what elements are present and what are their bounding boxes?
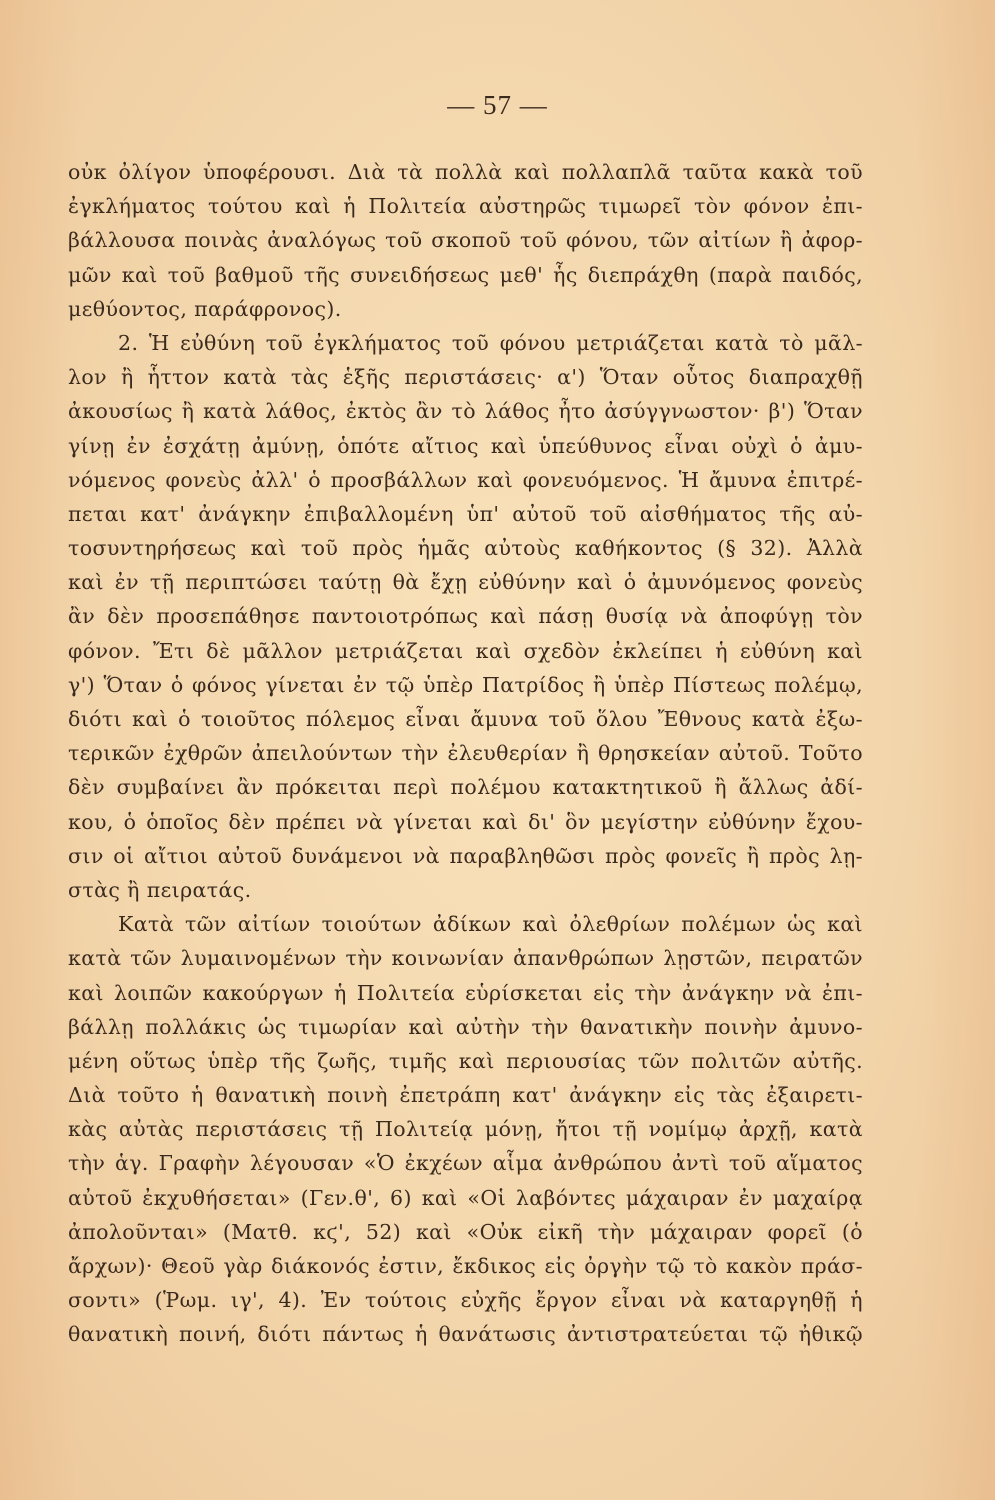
text-line: μῶν καὶ τοῦ βαθμοῦ τῆς συνειδήσεως μεθ' … bbox=[68, 258, 863, 292]
text-line: στὰς ἢ πειρατάς. bbox=[68, 873, 863, 907]
body-text: οὐκ ὀλίγον ὑποφέρουσι. Διὰ τὰ πολλὰ καὶ … bbox=[68, 155, 863, 1352]
text-line: οὐκ ὀλίγον ὑποφέρουσι. Διὰ τὰ πολλὰ καὶ … bbox=[68, 155, 863, 189]
scanned-book-page: — 57 — οὐκ ὀλίγον ὑποφέρουσι. Διὰ τὰ πολ… bbox=[0, 0, 995, 1500]
text-line: σοντι» (Ῥωμ. ιγ', 4). Ἐν τούτοις εὐχῆς ἔ… bbox=[68, 1283, 863, 1317]
text-line: φόνον. Ἔτι δὲ μᾶλλον μετριάζεται καὶ σχε… bbox=[68, 634, 863, 668]
text-line: σιν οἱ αἴτιοι αὐτοῦ δυνάμενοι νὰ παραβλη… bbox=[68, 839, 863, 873]
paragraph-start-line: Κατὰ τῶν αἰτίων τοιούτων ἀδίκων καὶ ὀλεθ… bbox=[68, 907, 863, 941]
text-line: κατὰ τῶν λυμαινομένων τὴν κοινωνίαν ἀπαν… bbox=[68, 941, 863, 975]
text-line: τερικῶν ἐχθρῶν ἀπειλούντων τὴν ἐλευθερία… bbox=[68, 736, 863, 770]
paragraph-start-line: 2. Ἡ εὐθύνη τοῦ ἐγκλήματος τοῦ φόνου μετ… bbox=[68, 326, 863, 360]
text-line: ἀπολοῦνται» (Ματθ. κϛ', 52) καὶ «Οὐκ εἰκ… bbox=[68, 1215, 863, 1249]
text-line: τὴν ἁγ. Γραφὴν λέγουσαν «Ὁ ἐκχέων αἷμα ἀ… bbox=[68, 1146, 863, 1180]
text-line: ἐγκλήματος τούτου καὶ ἡ Πολιτεία αὐστηρῶ… bbox=[68, 189, 863, 223]
text-line: κου, ὁ ὁποῖος δὲν πρέπει νὰ γίνεται καὶ … bbox=[68, 805, 863, 839]
text-line: διότι καὶ ὁ τοιοῦτος πόλεμος εἶναι ἄμυνα… bbox=[68, 702, 863, 736]
text-line: καὶ ἐν τῇ περιπτώσει ταύτῃ θὰ ἔχῃ εὐθύνη… bbox=[68, 565, 863, 599]
text-line: καὶ λοιπῶν κακούργων ἡ Πολιτεία εὑρίσκετ… bbox=[68, 976, 863, 1010]
text-line: τοσυντηρήσεως καὶ τοῦ πρὸς ἡμᾶς αὐτοὺς κ… bbox=[68, 531, 863, 565]
text-line: λον ἢ ἧττον κατὰ τὰς ἑξῆς περιστάσεις· α… bbox=[68, 360, 863, 394]
text-line: μεθύοντος, παράφρονος). bbox=[68, 292, 863, 326]
text-line: βάλλῃ πολλάκις ὡς τιμωρίαν καὶ αὐτὴν τὴν… bbox=[68, 1010, 863, 1044]
text-line: αὐτοῦ ἐκχυθήσεται» (Γεν.θ', 6) καὶ «Οἱ λ… bbox=[68, 1181, 863, 1215]
text-line: δὲν συμβαίνει ἂν πρόκειται περὶ πολέμου … bbox=[68, 770, 863, 804]
text-line: γίνῃ ἐν ἐσχάτῃ ἀμύνῃ, ὁπότε αἴτιος καὶ ὑ… bbox=[68, 429, 863, 463]
text-line: ἀκουσίως ἢ κατὰ λάθος, ἐκτὸς ἂν τὸ λάθος… bbox=[68, 394, 863, 428]
text-line: βάλλουσα ποινὰς ἀναλόγως τοῦ σκοποῦ τοῦ … bbox=[68, 223, 863, 257]
text-line: πεται κατ' ἀνάγκην ἐπιβαλλομένη ὑπ' αὐτο… bbox=[68, 497, 863, 531]
text-line: Διὰ τοῦτο ἡ θανατικὴ ποινὴ ἐπετράπη κατ'… bbox=[68, 1078, 863, 1112]
text-line: ἂν δὲν προσεπάθησε παντοιοτρόπως καὶ πάσ… bbox=[68, 599, 863, 633]
text-line: κὰς αὐτὰς περιστάσεις τῇ Πολιτείᾳ μόνῃ, … bbox=[68, 1112, 863, 1146]
text-line: γ') Ὅταν ὁ φόνος γίνεται ἐν τῷ ὑπὲρ Πατρ… bbox=[68, 668, 863, 702]
text-line: νόμενος φονεὺς ἀλλ' ὁ προσβάλλων καὶ φον… bbox=[68, 463, 863, 497]
text-line: θανατικὴ ποινή, διότι πάντως ἡ θανάτωσις… bbox=[68, 1317, 863, 1351]
text-line: ἄρχων)· Θεοῦ γὰρ διάκονός ἐστιν, ἔκδικος… bbox=[68, 1249, 863, 1283]
text-line: μένη οὕτως ὑπὲρ τῆς ζωῆς, τιμῆς καὶ περι… bbox=[68, 1044, 863, 1078]
page-number: — 57 — bbox=[0, 90, 995, 121]
